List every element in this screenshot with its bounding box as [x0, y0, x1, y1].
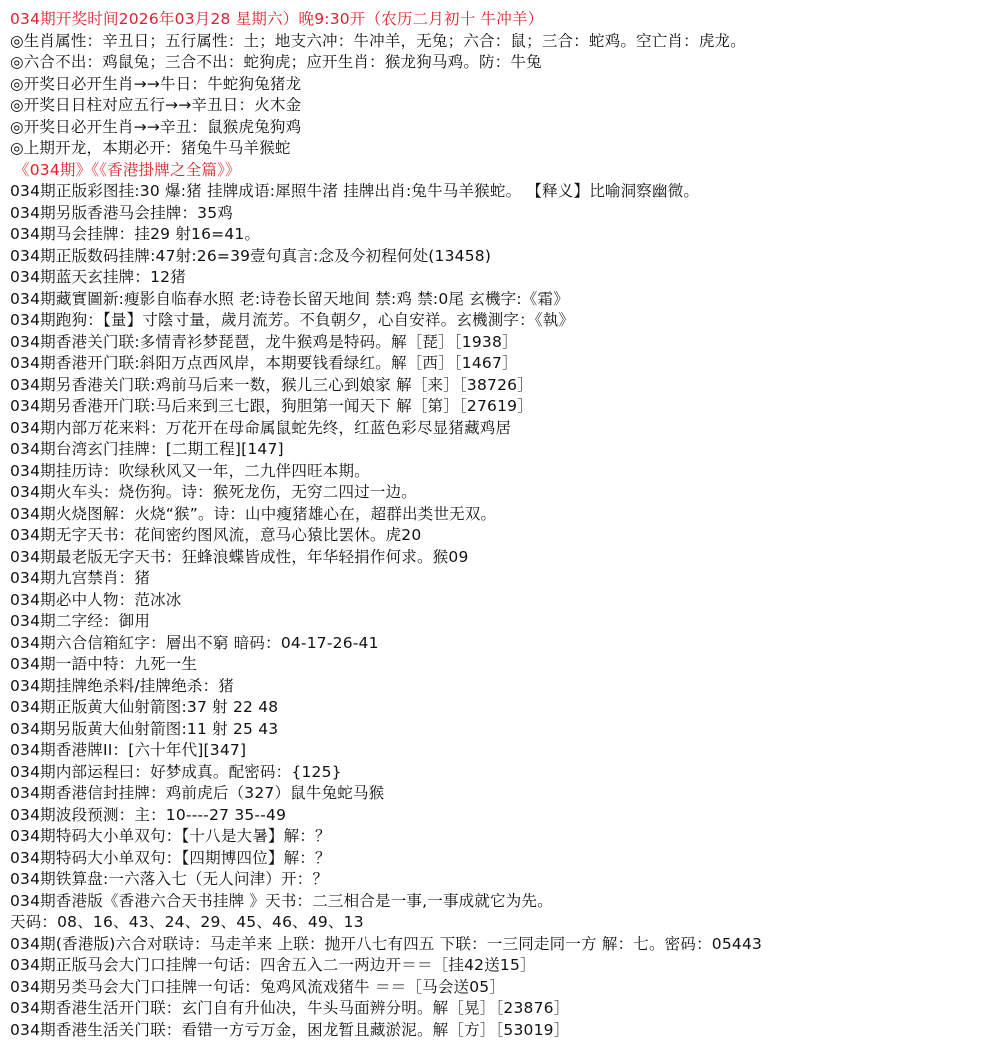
- attribute-line-xinchou: ◎开奖日必开生肖→→辛丑：鼠猴虎兔狗鸡: [10, 117, 1000, 139]
- list-item: 034期台湾玄门挂牌：[二期工程][147]: [10, 439, 1000, 461]
- list-item: 034期九宫禁肖：猪: [10, 568, 1000, 590]
- list-item: 034期火车头：烧伤狗。诗：猴死龙伤，无穷二四过一边。: [10, 482, 1000, 504]
- list-item: 034期另香港开门联:马后来到三七跟，狗胆第一闻天下 解［第］［27619］: [10, 396, 1000, 418]
- list-item: 034期香港信封挂牌：鸡前虎后（327）鼠牛兔蛇马猴: [10, 783, 1000, 805]
- list-item: 034期无字天书：花间密约图风流，意马心猿比罢休。虎20: [10, 525, 1000, 547]
- attribute-line-ox-day: ◎开奖日必开生肖→→牛日：牛蛇狗兔猪龙: [10, 74, 1000, 96]
- list-item: 034期特码大小单双句：【十八是大暑】解：？: [10, 826, 1000, 848]
- list-item: 034期香港开门联:斜阳万点西风岸，本期要钱看绿红。解［西］［1467］: [10, 353, 1000, 375]
- list-item: 034期一語中特：九死一生: [10, 654, 1000, 676]
- list-item: 034期六合信箱紅字：層出不窮 暗码：04-17-26-41: [10, 633, 1000, 655]
- attributes-block: ◎生肖属性：辛丑日；五行属性：土；地支六冲：牛冲羊，无兔；六合：鼠；三合：蛇鸡。…: [10, 31, 1000, 160]
- draw-time-title: 034期开奖时间2026年03月28 星期六）晚9:30开（农历二月初十 牛冲羊…: [10, 9, 1000, 31]
- list-item: 034期藏實圖新:瘦影自临春水照 老:诗卷长留天地间 禁:鸡 禁:0尾 玄機字:…: [10, 289, 1000, 311]
- list-item: 天码：08、16、43、24、29、45、46、49、13: [10, 912, 1000, 934]
- attribute-line-last-period: ◎上期开龙，本期必开：猪兔牛马羊猴蛇: [10, 138, 1000, 160]
- list-item: 034期香港牌II：[六十年代][347]: [10, 740, 1000, 762]
- attribute-line-liuhe: ◎六合不出：鸡鼠兔；三合不出：蛇狗虎；应开生肖：猴龙狗马鸡。防：牛兔: [10, 52, 1000, 74]
- list-item: 034期铁算盘:一六落入七（无人问津）开：？: [10, 869, 1000, 891]
- list-item: 034期另版黄大仙射箭图:11 射 25 43: [10, 719, 1000, 741]
- list-item: 034期二字经：御用: [10, 611, 1000, 633]
- attribute-line-zodiac: ◎生肖属性：辛丑日；五行属性：土；地支六冲：牛冲羊，无兔；六合：鼠；三合：蛇鸡。…: [10, 31, 1000, 53]
- list-item: 034期波段预测：主：10----27 35--49: [10, 805, 1000, 827]
- list-item: 034期正版马会大门口挂牌一句话：四舍五入二一两边开＝＝［挂42送15］: [10, 955, 1000, 977]
- list-item: 034期火烧图解：火烧“猴”。诗：山中瘦猪雄心在，超群出类世无双。: [10, 504, 1000, 526]
- entries-list: 034期正版彩图挂:30 爆:猪 挂牌成语:犀照牛渚 挂牌出肖:兔牛马羊猴蛇。 …: [10, 181, 1000, 1041]
- list-item: 034期内部万花来料：万花开在母命属鼠蛇先终，红蓝色彩尽显猪藏鸡居: [10, 418, 1000, 440]
- list-item: 034期另香港关门联:鸡前马后来一数，猴儿三心到娘家 解［来］［38726］: [10, 375, 1000, 397]
- list-item: 034期跑狗：【量】寸陰寸量，歲月流芳。不負朝夕，心自安祥。玄機測字：《執》: [10, 310, 1000, 332]
- list-item: 034期必中人物：范冰冰: [10, 590, 1000, 612]
- lottery-info-document: 034期开奖时间2026年03月28 星期六）晚9:30开（农历二月初十 牛冲羊…: [0, 0, 1000, 1041]
- list-item: 034期挂历诗：吹绿秋风又一年，二九伴四旺本期。: [10, 461, 1000, 483]
- list-item: 034期挂牌绝杀料/挂牌绝杀：猪: [10, 676, 1000, 698]
- list-item: 034期香港关门联:多情青衫梦琵琶，龙牛猴鸡是特码。解［琵］［1938］: [10, 332, 1000, 354]
- list-item: 034期另类马会大门口挂牌一句话：兔鸡风流戏猪牛 ＝＝［马会送05］: [10, 977, 1000, 999]
- list-item: 034期正版黄大仙射箭图:37 射 22 48: [10, 697, 1000, 719]
- list-item: 034期香港生活开门联：玄门自有升仙决，牛头马面辨分明。解［晃］［23876］: [10, 998, 1000, 1020]
- list-item: 034期另版香港马会挂牌：35鸡: [10, 203, 1000, 225]
- list-item: 034期正版彩图挂:30 爆:猪 挂牌成语:犀照牛渚 挂牌出肖:兔牛马羊猴蛇。 …: [10, 181, 1000, 203]
- list-item: 034期(香港版)六合对联诗：马走羊来 上联：抛开八七有四五 下联：一三同走同一…: [10, 934, 1000, 956]
- section-title: 《034期》《《香港掛牌之全篇》》: [10, 160, 1000, 182]
- list-item: 034期香港版《香港六合天书挂牌 》天书：二三相合是一事,一事成就它为先。: [10, 891, 1000, 913]
- list-item: 034期正版数码挂牌:47射:26=39壹句真言:念及今初程何处(13458): [10, 246, 1000, 268]
- list-item: 034期马会挂牌：挂29 射16=41。: [10, 224, 1000, 246]
- list-item: 034期内部运程曰：好梦成真。配密码：{125}: [10, 762, 1000, 784]
- list-item: 034期特码大小单双句：【四期博四位】解：？: [10, 848, 1000, 870]
- list-item: 034期蓝天玄挂牌：12猪: [10, 267, 1000, 289]
- list-item: 034期香港生活关门联：看错一方亏万金，困龙暂且藏淤泥。解［方］［53019］: [10, 1020, 1000, 1042]
- attribute-line-wuxing: ◎开奖日日柱对应五行→→辛丑日：火木金: [10, 95, 1000, 117]
- list-item: 034期最老版无字天书：狂蜂浪蝶皆成性，年华轻捐作何求。猴09: [10, 547, 1000, 569]
